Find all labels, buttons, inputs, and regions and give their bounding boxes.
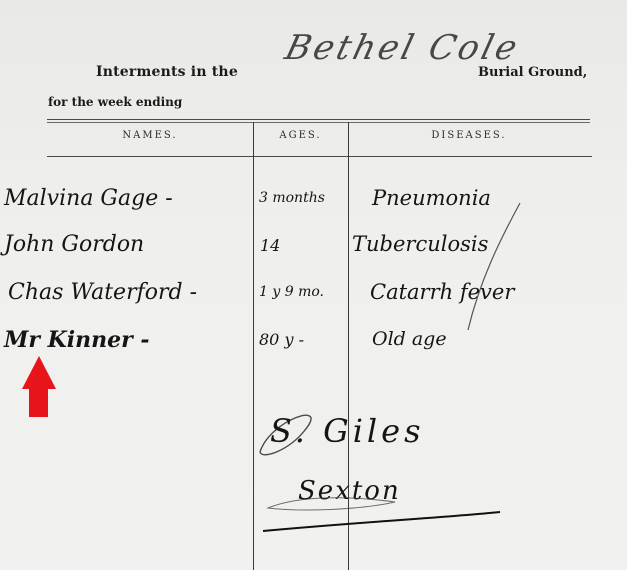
burial-record-page: Interments in the Bethel Cole Burial Gro… xyxy=(0,0,627,570)
red-up-arrow-icon xyxy=(0,0,627,570)
